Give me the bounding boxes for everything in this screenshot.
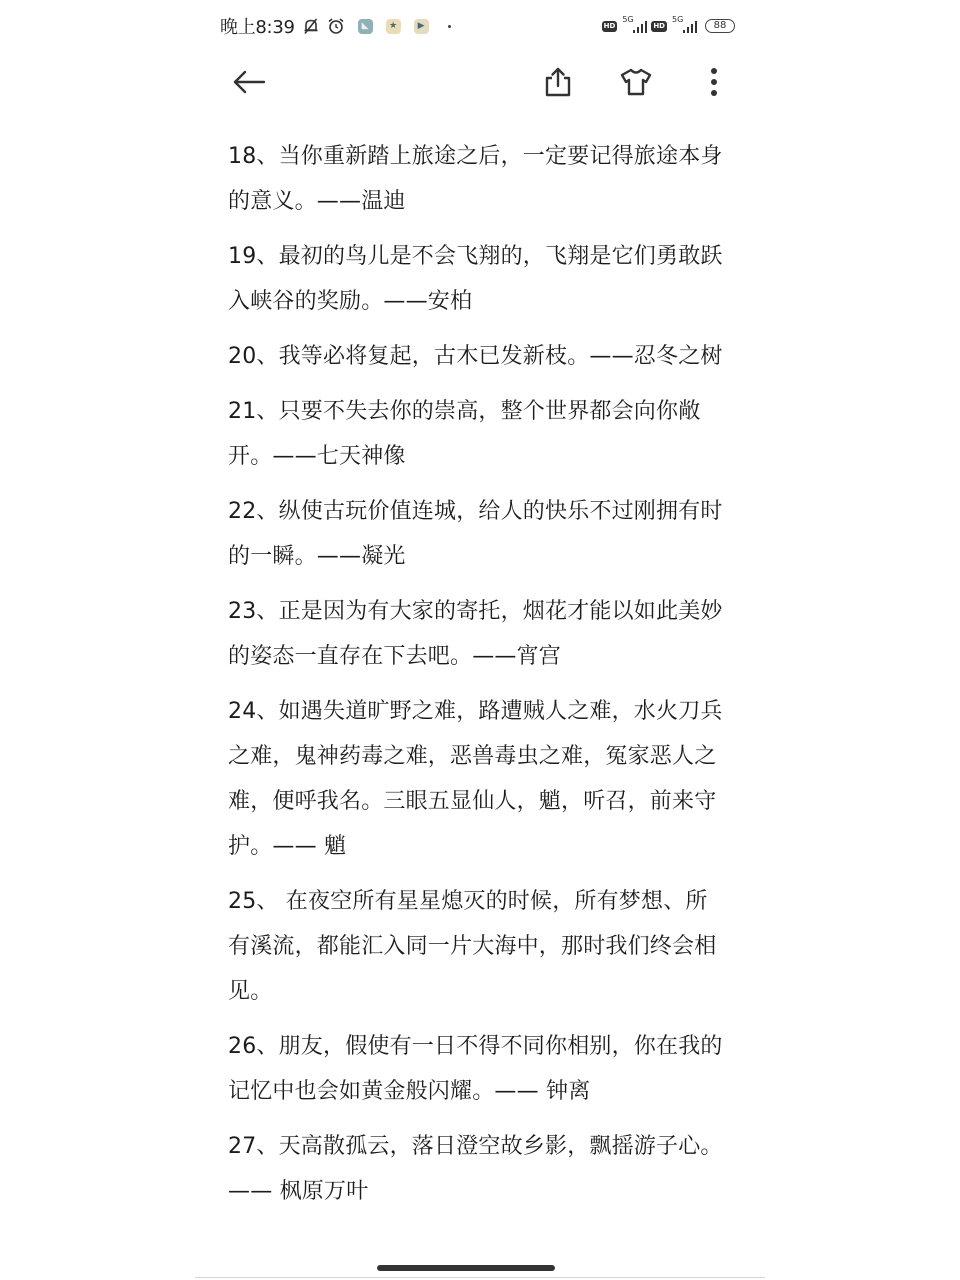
more-vertical-icon: [710, 67, 718, 101]
quote-item-22: 22、纵使古玩价值连城，给人的快乐不过刚拥有时的一瞬。——凝光: [228, 489, 728, 579]
quote-item-21: 21、只要不失去你的崇高，整个世界都会向你敞开。——七天神像: [228, 389, 728, 479]
share-button[interactable]: [540, 66, 576, 102]
video-app-notification-icon: ▶: [414, 19, 429, 34]
quote-item-26: 26、朋友，假使有一日不得不同你相别，你在我的记忆中也会如黄金般闪耀。—— 钟离: [228, 1024, 728, 1114]
quote-item-20: 20、我等必将复起，古木已发新枝。——忍冬之树: [228, 334, 728, 379]
star-app-notification-icon: ★: [386, 19, 401, 34]
status-left: 晚上8:39 ◣ ★ ▶: [220, 10, 451, 42]
hd-badge-sim2: HD: [651, 21, 667, 32]
bottom-divider: [195, 1277, 765, 1278]
back-arrow-icon: [232, 69, 266, 99]
share-icon: [544, 66, 572, 102]
status-time: 晚上8:39: [220, 13, 295, 39]
quote-item-25: 25、 在夜空所有星星熄灭的时候，所有梦想、所有溪流，都能汇入同一片大海中，那时…: [228, 879, 728, 1014]
more-options-button[interactable]: [696, 66, 732, 102]
hd-badge-sim1: HD: [602, 21, 618, 32]
quote-item-19: 19、最初的鸟儿是不会飞翔的，飞翔是它们勇敢跃入峡谷的奖励。——安柏: [228, 234, 728, 324]
tshirt-icon: [620, 67, 652, 101]
more-notifications-dot-icon: [448, 25, 451, 28]
status-bar: 晚上8:39 ◣ ★ ▶ HD: [195, 10, 765, 42]
signal-sim2-icon: 5G: [671, 16, 697, 36]
alarm-icon: [327, 17, 345, 35]
mute-bell-icon: [302, 17, 320, 35]
quote-list: 18、当你重新踏上旅途之后，一定要记得旅途本身的意义。——温迪 19、最初的鸟儿…: [228, 134, 728, 1224]
status-right: HD 5G HD 5G 88: [602, 10, 735, 42]
top-toolbar: [195, 58, 765, 108]
map-app-notification-icon: ◣: [358, 19, 373, 34]
back-button[interactable]: [231, 66, 267, 102]
signal-sim1-icon: 5G: [621, 16, 647, 36]
theme-button[interactable]: [618, 66, 654, 102]
home-indicator[interactable]: [377, 1265, 555, 1271]
quote-item-23: 23、正是因为有大家的寄托，烟花才能以如此美妙的姿态一直存在下去吧。——宵宫: [228, 589, 728, 679]
phone-screen: 晚上8:39 ◣ ★ ▶ HD: [195, 0, 765, 1280]
quote-item-18: 18、当你重新踏上旅途之后，一定要记得旅途本身的意义。——温迪: [228, 134, 728, 224]
quote-item-24: 24、如遇失道旷野之难，路遭贼人之难，水火刀兵之难，鬼神药毒之难，恶兽毒虫之难，…: [228, 689, 728, 869]
battery-icon: 88: [705, 19, 735, 33]
quote-item-27: 27、天高散孤云，落日澄空故乡影，飘摇游子心。—— 枫原万叶: [228, 1124, 728, 1214]
